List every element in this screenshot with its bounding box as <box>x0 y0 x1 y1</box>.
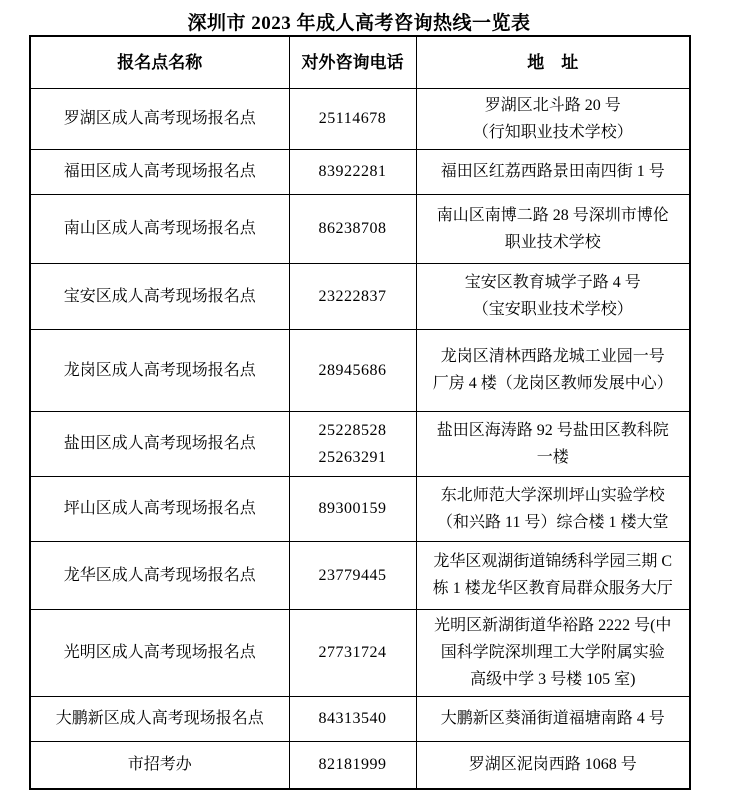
address-cell: 龙华区观湖街道锦绣科学园三期 C 栋 1 楼龙华区教育局群众服务大厅 <box>416 541 690 609</box>
registration-point-cell: 大鹏新区成人高考现场报名点 <box>30 696 289 741</box>
registration-point-cell: 罗湖区成人高考现场报名点 <box>30 88 289 149</box>
table-row: 光明区成人高考现场报名点 27731724 光明区新湖街道华裕路 2222 号(… <box>30 609 690 696</box>
registration-point-cell: 福田区成人高考现场报名点 <box>30 149 289 194</box>
table-row: 宝安区成人高考现场报名点 23222837 宝安区教育城学子路 4 号 （宝安职… <box>30 263 690 329</box>
phone-cell: 25114678 <box>289 88 416 149</box>
phone-cell: 28945686 <box>289 329 416 411</box>
column-header-name: 报名点名称 <box>30 36 289 88</box>
phone-cell: 82181999 <box>289 741 416 789</box>
registration-point-cell: 光明区成人高考现场报名点 <box>30 609 289 696</box>
address-cell: 光明区新湖街道华裕路 2222 号(中 国科学院深圳理工大学附属实验 高级中学 … <box>416 609 690 696</box>
hotline-table: 报名点名称 对外咨询电话 地 址 罗湖区成人高考现场报名点 25114678 罗… <box>29 35 691 790</box>
registration-point-cell: 龙华区成人高考现场报名点 <box>30 541 289 609</box>
table-row: 南山区成人高考现场报名点 86238708 南山区南博二路 28 号深圳市博伦 … <box>30 194 690 263</box>
registration-point-cell: 龙岗区成人高考现场报名点 <box>30 329 289 411</box>
phone-cell: 23222837 <box>289 263 416 329</box>
phone-cell: 89300159 <box>289 476 416 541</box>
table-row: 龙岗区成人高考现场报名点 28945686 龙岗区清林西路龙城工业园一号 厂房 … <box>30 329 690 411</box>
page-title: 深圳市 2023 年成人高考咨询热线一览表 <box>29 8 689 35</box>
table-row: 龙华区成人高考现场报名点 23779445 龙华区观湖街道锦绣科学园三期 C 栋… <box>30 541 690 609</box>
address-cell: 福田区红荔西路景田南四街 1 号 <box>416 149 690 194</box>
address-cell: 罗湖区北斗路 20 号 （行知职业技术学校） <box>416 88 690 149</box>
address-cell: 大鹏新区葵涌街道福塘南路 4 号 <box>416 696 690 741</box>
column-header-address: 地 址 <box>416 36 690 88</box>
phone-cell: 83922281 <box>289 149 416 194</box>
registration-point-cell: 南山区成人高考现场报名点 <box>30 194 289 263</box>
phone-cell: 84313540 <box>289 696 416 741</box>
address-cell: 东北师范大学深圳坪山实验学校 （和兴路 11 号）综合楼 1 楼大堂 <box>416 476 690 541</box>
phone-cell: 27731724 <box>289 609 416 696</box>
address-cell: 盐田区海涛路 92 号盐田区教科院 一楼 <box>416 411 690 476</box>
table-row: 盐田区成人高考现场报名点 25228528 25263291 盐田区海涛路 92… <box>30 411 690 476</box>
table-header: 报名点名称 对外咨询电话 地 址 <box>30 36 690 88</box>
address-cell: 南山区南博二路 28 号深圳市博伦 职业技术学校 <box>416 194 690 263</box>
table-row: 大鹏新区成人高考现场报名点 84313540 大鹏新区葵涌街道福塘南路 4 号 <box>30 696 690 741</box>
phone-cell: 23779445 <box>289 541 416 609</box>
column-header-phone: 对外咨询电话 <box>289 36 416 88</box>
table-row: 市招考办 82181999 罗湖区泥岗西路 1068 号 <box>30 741 690 789</box>
address-cell: 罗湖区泥岗西路 1068 号 <box>416 741 690 789</box>
table-row: 罗湖区成人高考现场报名点 25114678 罗湖区北斗路 20 号 （行知职业技… <box>30 88 690 149</box>
registration-point-cell: 盐田区成人高考现场报名点 <box>30 411 289 476</box>
phone-cell: 86238708 <box>289 194 416 263</box>
table-row: 坪山区成人高考现场报名点 89300159 东北师范大学深圳坪山实验学校 （和兴… <box>30 476 690 541</box>
table-body: 罗湖区成人高考现场报名点 25114678 罗湖区北斗路 20 号 （行知职业技… <box>30 88 690 789</box>
registration-point-cell: 市招考办 <box>30 741 289 789</box>
phone-cell: 25228528 25263291 <box>289 411 416 476</box>
registration-point-cell: 宝安区成人高考现场报名点 <box>30 263 289 329</box>
address-cell: 龙岗区清林西路龙城工业园一号 厂房 4 楼（龙岗区教师发展中心） <box>416 329 690 411</box>
address-cell: 宝安区教育城学子路 4 号 （宝安职业技术学校） <box>416 263 690 329</box>
document-page: 深圳市 2023 年成人高考咨询热线一览表 报名点名称 对外咨询电话 地 址 罗… <box>0 0 733 803</box>
registration-point-cell: 坪山区成人高考现场报名点 <box>30 476 289 541</box>
header-row: 报名点名称 对外咨询电话 地 址 <box>30 36 690 88</box>
table-row: 福田区成人高考现场报名点 83922281 福田区红荔西路景田南四街 1 号 <box>30 149 690 194</box>
